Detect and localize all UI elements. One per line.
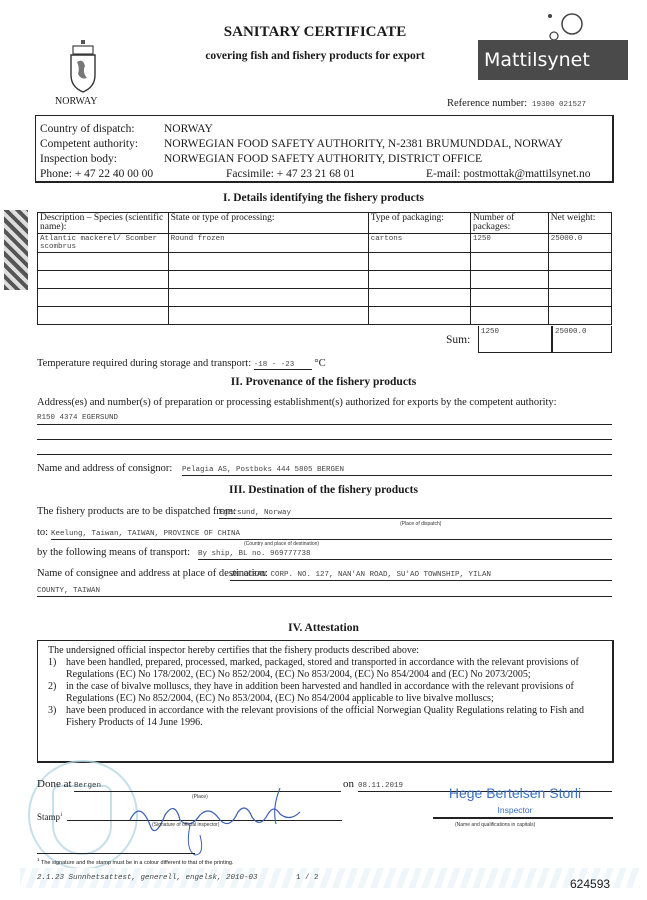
attestation-item: 1)have been handled, prepared, processed… <box>48 657 602 681</box>
col-description: Description – Species (scientific name): <box>38 213 169 234</box>
consignee-value-line-1: JM OCEAN CORP. NO. 127, NAN'AN ROAD, SU'… <box>230 571 612 581</box>
norway-coat-of-arms-icon <box>66 38 100 94</box>
stamp-line <box>37 853 195 854</box>
stamp-label: Stamp1 <box>37 812 63 822</box>
col-processing: State or type of processing: <box>168 213 368 234</box>
dispatch-value: Egersund, Norway <box>219 509 612 519</box>
form-id: 2.1.23 Sunnhetsattest, generell, engelsk… <box>37 874 258 882</box>
section-2-title: II. Provenance of the fishery products <box>0 376 647 388</box>
sum-label: Sum: <box>446 334 470 346</box>
section-4-title: IV. Attestation <box>0 622 647 634</box>
email: E-mail: postmottak@mattilsynet.no <box>426 167 591 182</box>
fax: Facsimile: + 47 23 21 68 01 <box>226 167 426 182</box>
mattilsynet-logo: Mattilsynet <box>478 40 628 80</box>
document-subtitle: covering fish and fishery products for e… <box>150 50 480 62</box>
name-caption: (Name and qualifications in capitals) <box>455 822 535 828</box>
consignor-label: Name and address of consignor: <box>37 463 172 474</box>
sum-weight: 25000.0 <box>552 326 612 353</box>
info-row-inspection-body: Inspection body: NORWEGIAN FOOD SAFETY A… <box>40 152 608 167</box>
attestation-box: The undersigned official inspector hereb… <box>37 640 614 763</box>
transport-value: By ship, BL no. 969777738 <box>198 550 612 560</box>
info-row-competent-authority: Competent authority: NORWEGIAN FOOD SAFE… <box>40 137 608 152</box>
authority-info-box: Country of dispatch: NORWAY Competent au… <box>35 115 614 183</box>
logo-bubbles-icon <box>520 10 590 44</box>
blank-line <box>37 454 612 455</box>
phone: Phone: + 47 22 40 00 00 <box>40 167 226 182</box>
col-weight: Net weight: <box>548 213 611 234</box>
to-caption: (Country and place of destination) <box>244 541 319 547</box>
done-at-label: Done at <box>37 778 72 790</box>
attestation-intro: The undersigned official inspector hereb… <box>48 645 602 657</box>
security-pattern-mark <box>4 210 28 290</box>
inspector-signature <box>120 780 340 860</box>
table-row <box>38 289 612 307</box>
to-value: Keelung, Taiwan, TAIWAN, PROVINCE OF CHI… <box>51 530 612 540</box>
attestation-item: 2)in the case of bivalve molluscs, they … <box>48 681 602 705</box>
temperature-label: Temperature required during storage and … <box>37 358 251 369</box>
blank-line <box>37 439 612 440</box>
info-row-contact: Phone: + 47 22 40 00 00 Facsimile: + 47 … <box>40 167 608 182</box>
attestation-list: 1)have been handled, prepared, processed… <box>48 657 602 729</box>
col-packages: Number of packages: <box>470 213 548 234</box>
table-row <box>38 253 612 271</box>
products-table: Description – Species (scientific name):… <box>37 212 612 325</box>
inspector-name: Hege Bertelsen Storli <box>390 785 640 801</box>
inspector-title: Inspector <box>390 805 640 815</box>
temperature-value: -18 - -23 <box>254 361 312 370</box>
footnote: 1 The signature and the stamp must be in… <box>37 857 234 866</box>
transport-label: by the following means of transport: <box>37 547 190 558</box>
info-row-country: Country of dispatch: NORWAY <box>40 122 608 137</box>
reference-number-label: Reference number: <box>447 98 527 109</box>
table-row <box>38 271 612 289</box>
temperature-unit: °C <box>314 358 325 369</box>
name-line <box>433 817 613 819</box>
document-title: SANITARY CERTIFICATE <box>150 24 480 41</box>
establishment-value: R150 4374 EGERSUND <box>37 414 612 425</box>
col-packaging: Type of packaging: <box>368 213 470 234</box>
reference-number-value: 19300 021527 <box>532 101 586 109</box>
dispatch-label: The fishery products are to be dispatche… <box>37 506 236 517</box>
consignee-value-line-2: COUNTY, TAIWAN <box>37 587 612 597</box>
serial-number: 624593 <box>570 877 610 891</box>
establishment-label: Address(es) and number(s) of preparation… <box>37 397 557 408</box>
country-label: NORWAY <box>55 96 97 107</box>
consignor-value: Pelagia AS, Postboks 444 5805 BERGEN <box>182 466 612 476</box>
dispatch-caption: (Place of dispatch) <box>400 521 441 527</box>
signature-caption: (Signature of official inspector) <box>152 822 219 828</box>
attestation-item: 3)have been produced in accordance with … <box>48 705 602 729</box>
table-row: Atlantic mackerel/ Scomber scombrus Roun… <box>38 234 612 253</box>
temperature-row: Temperature required during storage and … <box>37 358 326 370</box>
table-row <box>38 307 612 325</box>
section-3-title: III. Destination of the fishery products <box>0 484 647 496</box>
sum-box: 1250 25000.0 <box>478 326 612 353</box>
on-label: on <box>343 778 354 790</box>
to-label: to: <box>37 527 48 538</box>
page-indicator: 1 / 2 <box>296 874 319 882</box>
sum-packages: 1250 <box>478 326 552 353</box>
section-1-title: I. Details identifying the fishery produ… <box>0 192 647 204</box>
